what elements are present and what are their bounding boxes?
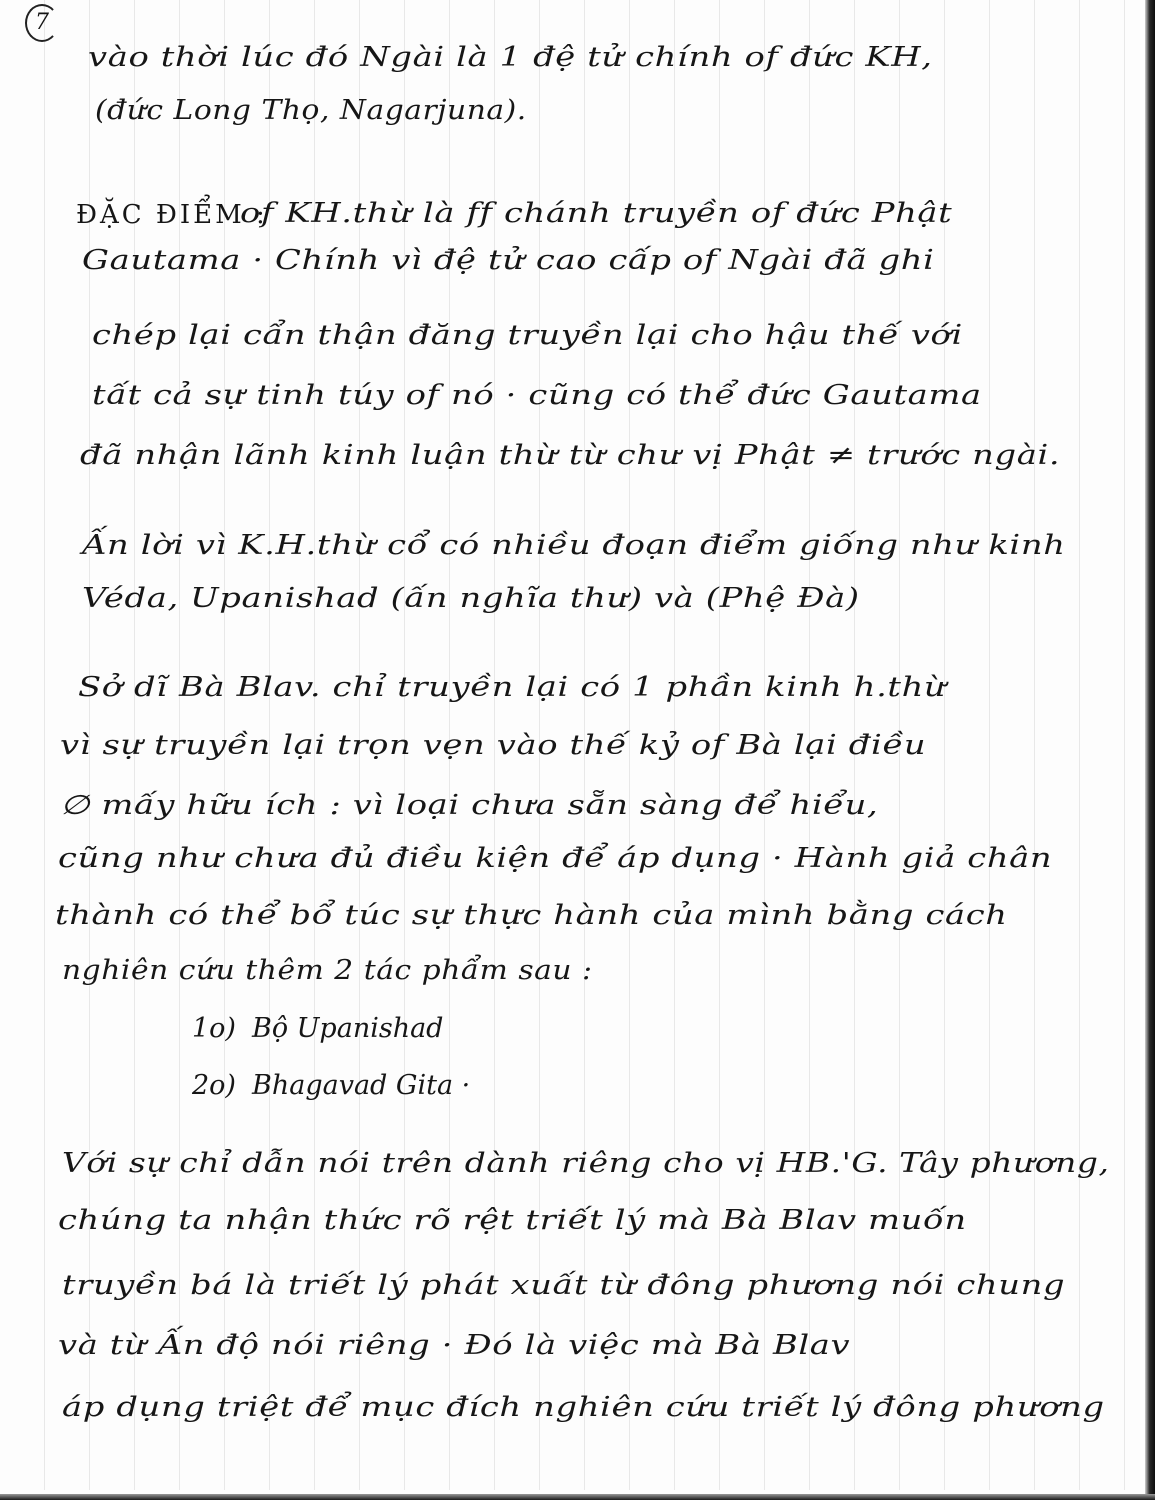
text-line: ∅ mấy hữu ích : vì loại chưa sẵn sàng để… [60,790,878,821]
list-item-text: Bhagavad Gita · [252,1070,470,1101]
text-line: thành có thể bổ túc sự thực hành của mìn… [55,900,1008,931]
text-line: truyền bá là triết lý phát xuất từ đông … [62,1270,1065,1301]
text-line: vì sự truyền lại trọn vẹn vào thế kỷ of … [60,730,926,761]
list-item-text: Bộ Upanishad [252,1013,443,1044]
text-line: Véda, Upanishad (ấn nghĩa thư) và (Phệ Đ… [82,583,860,614]
list-item: 1o)Bộ Upanishad [192,1013,443,1044]
text-line: (đức Long Thọ, Nagarjuna). [95,95,527,126]
list-marker: 1o) [192,1013,252,1044]
text-line: Với sự chỉ dẫn nói trên dành riêng cho v… [62,1148,1110,1179]
text-line: chép lại cẩn thận đăng truyền lại cho hậ… [92,320,963,351]
text-line: chúng ta nhận thức rõ rệt triết lý mà Bà… [58,1205,967,1236]
text-line: và từ Ấn độ nói riêng · Đó là việc mà Bà… [58,1330,850,1361]
bottom-edge [0,1494,1155,1500]
text-line: Sở dĩ Bà Blav. chỉ truyền lại có 1 phần … [78,672,946,703]
notebook-page: 7 vào thời lúc đó Ngài là 1 đệ tử chính … [0,0,1155,1500]
text-line: Ấn lời vì K.H.thừ cổ có nhiều đoạn điểm … [82,530,1066,561]
text-line: áp dụng triệt để mục đích nghiên cứu tri… [62,1392,1105,1423]
text-line: đã nhận lãnh kinh luận thừ từ chư vị Phậ… [80,440,1060,471]
text-line: of KH.thừ là ff chánh truyền of đức Phật [240,198,952,229]
list-item: 2o)Bhagavad Gita · [192,1070,470,1101]
text-line: tất cả sự tinh túy of nó · cũng có thể đ… [92,380,982,411]
text-line: Gautama · Chính vì đệ tử cao cấp of Ngài… [82,245,935,276]
text-line: vào thời lúc đó Ngài là 1 đệ tử chính of… [88,42,933,73]
text-line: cũng như chưa đủ điều kiện để áp dụng · … [58,843,1052,874]
text-line: nghiên cứu thêm 2 tác phẩm sau : [62,955,593,986]
list-marker: 2o) [192,1070,252,1101]
binding-edge [1145,0,1155,1500]
page-number: 7 [25,4,59,42]
